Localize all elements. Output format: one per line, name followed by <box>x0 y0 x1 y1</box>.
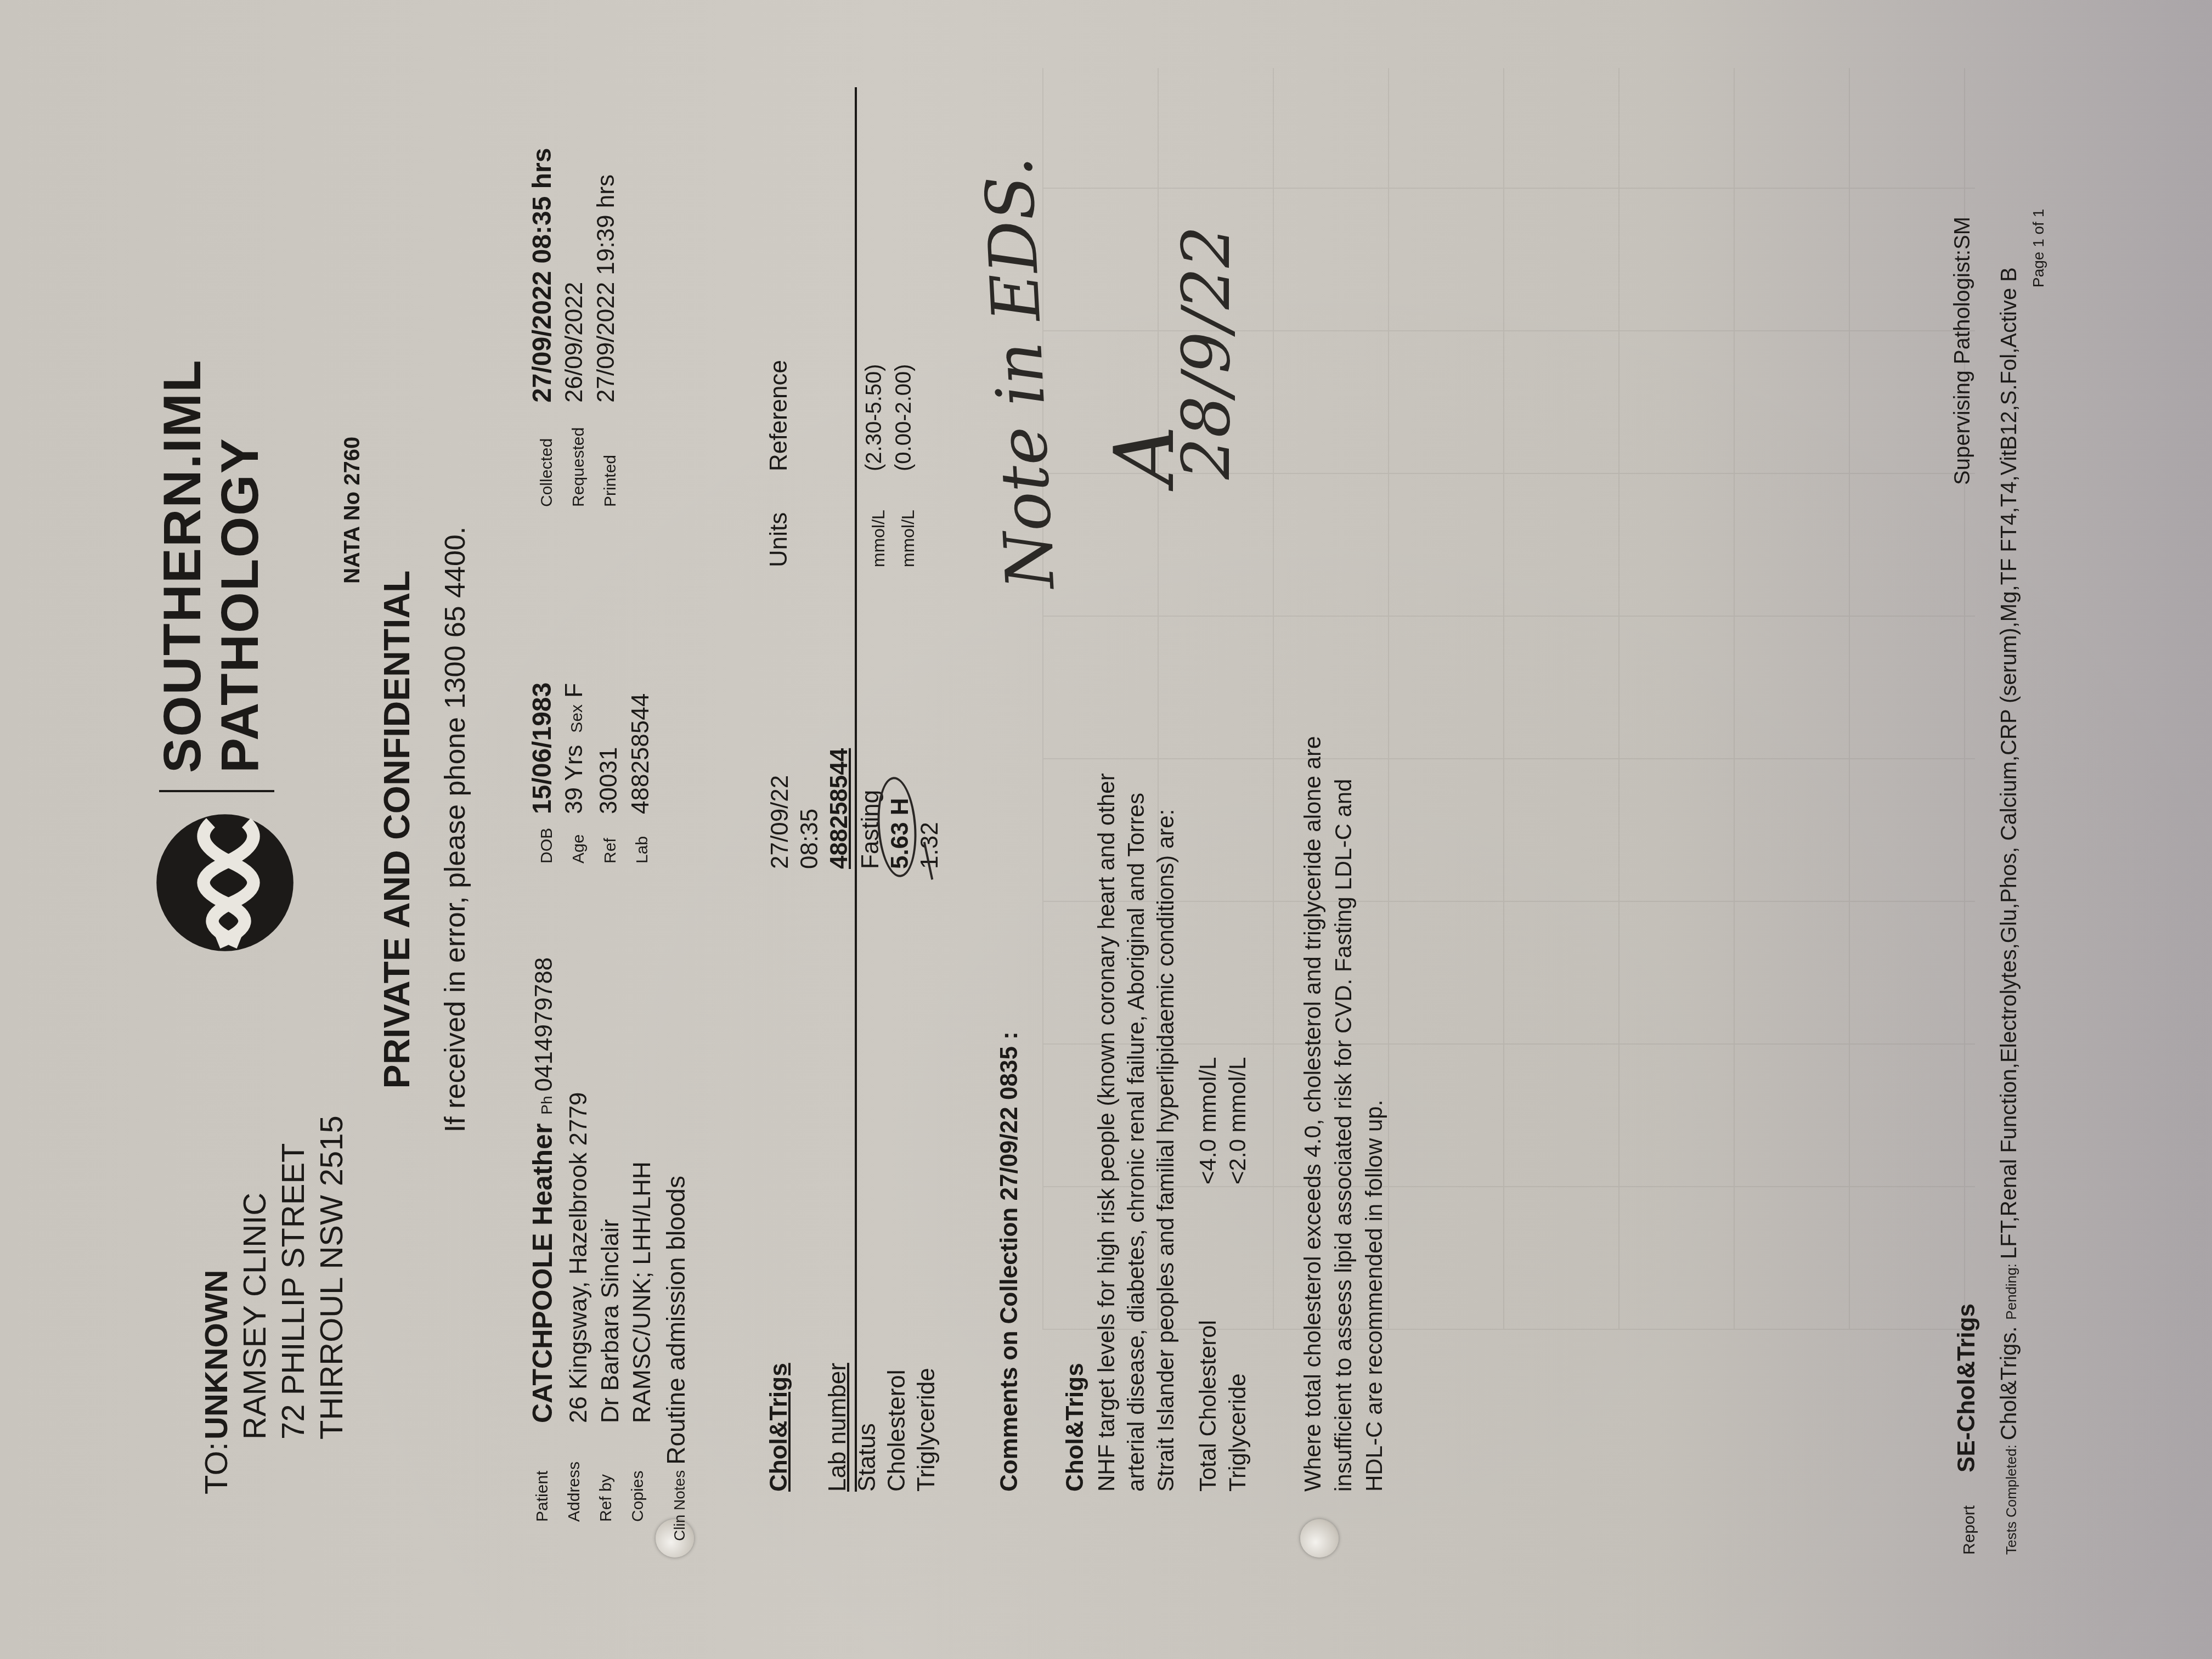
label-requested: Requested <box>563 427 595 507</box>
results-column-header: 27/09/22 08:35 488258544 <box>765 748 854 869</box>
result-units: mmol/L mmol/L <box>864 510 923 567</box>
patient-phone: 0414979788 <box>531 957 557 1092</box>
label-printed: Printed <box>595 427 627 507</box>
paragraph-line: Where total cholesterol exceeds 4.0, cho… <box>1297 736 1328 1492</box>
label-ref: Ref <box>595 828 627 864</box>
clinical-notes-label: Clin Notes <box>671 1470 688 1541</box>
triglyceride-reference: (0.00-2.00) <box>889 364 918 471</box>
target-label: Triglyceride <box>1223 1184 1252 1492</box>
identity-values: 15/06/1983 39 YrsSex F 30031 488258544 <box>527 682 657 814</box>
tests-status: Tests Completed:Chol&Trigs.Pending:LFT,R… <box>1997 267 2022 1555</box>
lab-number-label: Lab number <box>823 1363 853 1492</box>
sex-label: Sex <box>568 704 586 733</box>
paragraph-line: Strait Islander peoples and familial hyp… <box>1151 773 1181 1492</box>
patient-values: CATCHPOOLE HeatherPh0414979788 26 Kingsw… <box>527 957 658 1423</box>
binder-hole-icon <box>1300 1519 1339 1558</box>
target-label: Total Cholesterol <box>1193 1184 1223 1492</box>
copies-to: RAMSC/UNK; LHH/LHH <box>627 957 658 1423</box>
row-label-status: Status <box>853 1363 882 1492</box>
error-notice: If received in error, please phone 1300 … <box>439 0 472 1659</box>
report-id: ReportSE-Chol&Trigs <box>1953 1304 1980 1555</box>
ref-value: 30031 <box>593 682 625 814</box>
panel-title: Chol&Trigs <box>765 1363 793 1492</box>
age-value: 39 Yrs <box>561 745 588 814</box>
collection-time: 08:35 <box>795 748 825 869</box>
label-age: Age <box>563 828 595 864</box>
recipient-line: THIRROUL NSW 2515 <box>313 1115 351 1494</box>
document-title: PRIVATE AND CONFIDENTIAL <box>376 0 417 1659</box>
pending-tests: LFT,Renal Function,Electrolytes,Glu,Phos… <box>1997 267 2021 1259</box>
reference-header: Reference <box>765 360 793 471</box>
to-label: TO: <box>198 1440 236 1494</box>
patient-labels: Patient Address Ref by Copies <box>527 1462 654 1522</box>
triglyceride-units: mmol/L <box>893 510 923 567</box>
handwritten-date: 28/9/22 <box>1169 225 1245 479</box>
logo-divider <box>159 790 274 792</box>
target-levels: Total Cholesterol<4.0 mmol/L Triglycerid… <box>1193 1057 1252 1492</box>
paragraph-line: insufficient to assess lipid associated … <box>1328 736 1359 1492</box>
patient-address: 26 Kingsway, Hazelbrook 2779 <box>563 957 595 1423</box>
southern-iml-logo-icon <box>154 811 296 954</box>
lab-number: 488258544 <box>825 748 854 869</box>
label-lab: Lab <box>627 828 658 864</box>
collection-date: 27/09/22 <box>765 748 795 869</box>
patient-name: CATCHPOOLE Heather <box>527 1124 558 1423</box>
referring-doctor: Dr Barbara Sinclair <box>595 957 627 1423</box>
report-code: SE-Chol&Trigs <box>1953 1304 1980 1472</box>
clinical-notes: Clin NotesRoutine admission bloods <box>661 1176 691 1541</box>
lab-brand: SOUTHERN.IML PATHOLOGY <box>154 359 269 773</box>
report-label: Report <box>1960 1505 1978 1555</box>
label-address: Address <box>558 1462 590 1522</box>
supervising-pathologist: Supervising Pathologist:SM <box>1950 217 1975 485</box>
requested-value: 26/09/2022 <box>558 148 590 403</box>
recipient-line: 72 PHILLIP STREET <box>274 1115 313 1494</box>
label-collected: Collected <box>531 427 563 507</box>
paragraph-line: NHF target levels for high risk people (… <box>1092 773 1121 1492</box>
followup-paragraph: Where total cholesterol exceeds 4.0, cho… <box>1297 736 1390 1492</box>
dob-value: 15/06/1983 <box>527 682 558 814</box>
label-dob: DOB <box>531 828 563 864</box>
phone-label: Ph <box>538 1096 555 1114</box>
label-ref-by: Ref by <box>590 1462 622 1522</box>
printed-value: 27/09/2022 19:39 hrs <box>590 148 622 403</box>
recipient-line: RAMSEY CLINIC <box>236 1115 274 1494</box>
identity-labels: DOB Age Ref Lab <box>531 828 658 864</box>
cholesterol-reference: (2.30-5.50) <box>859 364 889 471</box>
cholesterol-units: mmol/L <box>864 510 893 567</box>
units-header: Units <box>765 512 793 567</box>
row-label-triglyceride: Triglyceride <box>912 1363 941 1492</box>
pathology-report-page: TO:UNKNOWN RAMSEY CLINIC 72 PHILLIP STRE… <box>0 0 2212 1659</box>
paragraph-line: HDL-C are recommended in follow up. <box>1359 736 1390 1492</box>
sex-value: F <box>561 683 588 698</box>
target-value: <4.0 mmol/L <box>1195 1057 1221 1184</box>
row-label-cholesterol: Cholesterol <box>882 1363 912 1492</box>
recipient-address: TO:UNKNOWN RAMSEY CLINIC 72 PHILLIP STRE… <box>198 1115 351 1494</box>
target-value: <2.0 mmol/L <box>1224 1057 1250 1184</box>
paragraph-line: arterial disease, diabetes, chronic rena… <box>1121 773 1151 1492</box>
collected-value: 27/09/2022 08:35 hrs <box>527 148 558 403</box>
clinical-notes-text: Routine admission bloods <box>662 1176 690 1465</box>
page-number: Page 1 of 1 <box>2030 209 2047 287</box>
completed-label: Tests Completed: <box>2003 1444 2019 1555</box>
completed-tests: Chol&Trigs. <box>1997 1327 2021 1440</box>
pending-label: Pending: <box>2003 1263 2019 1320</box>
comments-section-title: Chol&Trigs <box>1062 1363 1089 1492</box>
brand-line-2: PATHOLOGY <box>211 359 269 773</box>
label-copies: Copies <box>622 1462 654 1522</box>
label-patient: Patient <box>527 1462 558 1522</box>
triglyceride-value: 1.32 <box>915 790 945 869</box>
result-references: (2.30-5.50) (0.00-2.00) <box>859 364 918 471</box>
nata-number: NATA No 2760 <box>340 437 365 584</box>
comments-title: Comments on Collection 27/09/22 0835 : <box>996 1031 1023 1492</box>
lab-value: 488258544 <box>625 682 657 814</box>
recipient-name: UNKNOWN <box>199 1270 234 1440</box>
brand-line-1: SOUTHERN.IML <box>154 359 211 773</box>
nhf-targets-paragraph: NHF target levels for high risk people (… <box>1092 773 1181 1492</box>
date-values: 27/09/2022 08:35 hrs 26/09/2022 27/09/20… <box>527 148 622 403</box>
date-labels: Collected Requested Printed <box>531 427 627 507</box>
result-row-labels: Lab number Status Cholesterol Triglyceri… <box>823 1363 941 1492</box>
